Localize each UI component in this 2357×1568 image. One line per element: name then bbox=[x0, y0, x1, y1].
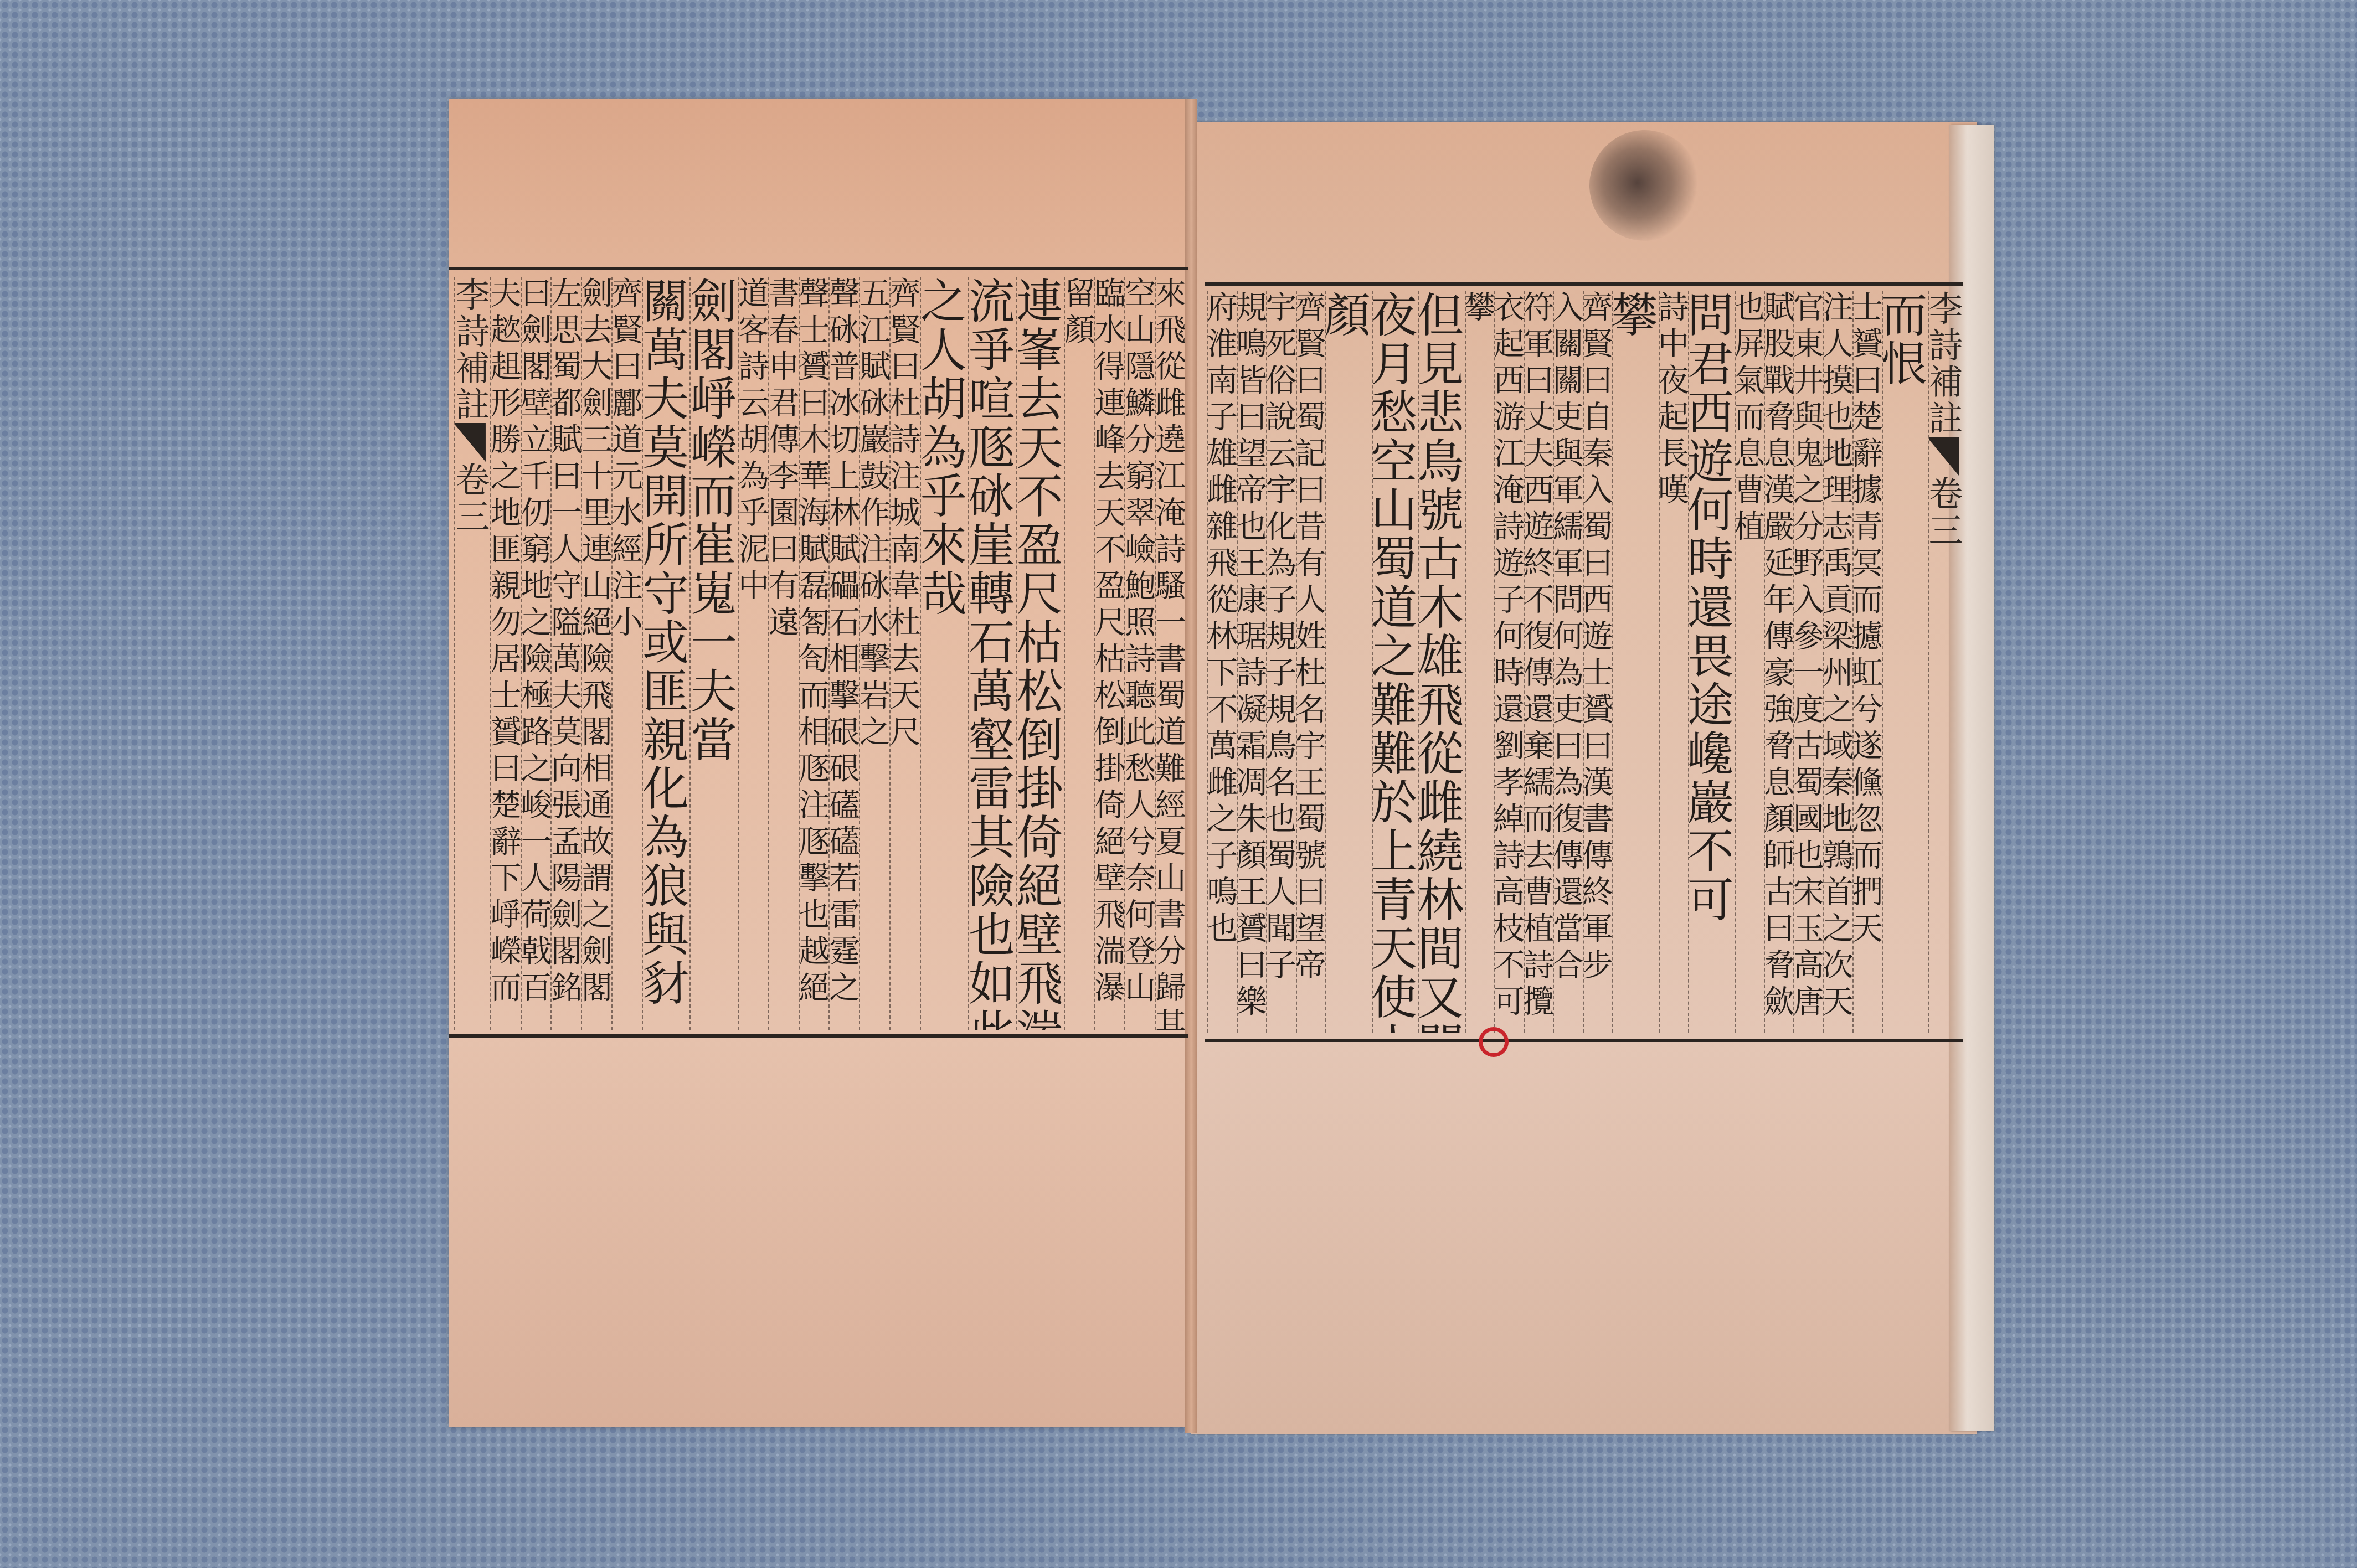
text-column-main: 顏 bbox=[1325, 291, 1372, 1033]
text-column-note: 入關關吏與軍繻軍問何為吏曰為復傳還當合 bbox=[1553, 291, 1582, 1033]
text-column-note: 詩中夜起長嘆 bbox=[1659, 291, 1688, 1033]
left-margin-title: 李詩補註卷三 bbox=[454, 277, 490, 1030]
text-column-note: 留顏 bbox=[1064, 277, 1094, 1030]
margin-title: 李詩補註 bbox=[454, 277, 490, 423]
text-column-main: 攀 bbox=[1612, 291, 1659, 1033]
text-column-main: 流爭喧豗砯崖轉石萬壑雷其險也如此嗟爾遠道 bbox=[968, 277, 1016, 1030]
text-column-note: 夫趑趄形勝之地匪親勿居士贇曰楚辭下崢嶸而 bbox=[490, 277, 521, 1030]
text-column-note: 齊賢曰酈道元水經注小 bbox=[611, 277, 642, 1030]
text-column-note: 齊賢曰蜀記曰昔有人姓杜名宇王蜀號曰望帝 bbox=[1296, 291, 1325, 1033]
fishtail-mark-icon bbox=[454, 423, 486, 462]
text-column-main: 關萬夫莫開所守或匪親化為狼與豺 bbox=[642, 277, 690, 1030]
text-column-note: 曰劍閣壁立千仞窮地之險極路之峻一人荷戟百 bbox=[521, 277, 551, 1030]
text-column-note: 規鳴皆曰望帝也王康琚詩凝霜凋朱顏王贇曰樂 bbox=[1237, 291, 1266, 1033]
text-column-main: 問君西遊何時還畏途巉巖不可 bbox=[1688, 291, 1735, 1033]
text-column-note: 齊賢曰杜詩注城南韋杜去天尺 bbox=[889, 277, 920, 1030]
text-column-note: 官東井與鬼之分野入參一度古蜀國也宋玉高唐 bbox=[1793, 291, 1823, 1033]
text-column-note: 書春申君傳李園曰有遠 bbox=[768, 277, 799, 1030]
margin-volume: 卷三 bbox=[454, 462, 490, 535]
text-column-note: 賦股戰脅息漢嚴延年傳豪強脅息顏師古曰脅歛 bbox=[1764, 291, 1793, 1033]
text-column-note: 臨水得連峰去天不盈尺枯松倒掛倚絕壁飛湍瀑 bbox=[1094, 277, 1125, 1030]
text-column-note: 宇死俗說云宇化為子規子規鳥名也蜀人聞子 bbox=[1266, 291, 1295, 1033]
left-page-columns: 來飛從雌遶江淹詩騷一書蜀道難經夏山書分歸其飛雲 空山隱鱗分窮翠嶮鮑照詩聽此愁人兮… bbox=[454, 277, 1185, 1030]
text-column-main: 但見悲鳥號古木雄飛從雌繞林間又聞子規啼 bbox=[1418, 291, 1465, 1033]
text-column-note: 符軍曰丈夫西遊終不復傳還棄繻而去曹植詩攬 bbox=[1524, 291, 1553, 1033]
text-column-note: 聲砯普冰切上林賦礧石相擊硍硍礚礚若雷霆之 bbox=[828, 277, 859, 1030]
book-photograph: 李詩補註卷三 而恨 士贇曰楚辭據青冥而攄虹兮遂儵忽而捫天 注人摸也地理志禹貢梁州… bbox=[0, 0, 2357, 1568]
text-column-note: 空山隱鱗分窮翠嶮鮑照詩聽此愁人兮奈何登山 bbox=[1124, 277, 1155, 1030]
text-column-note: 五江賦砯巖鼓作注砯水擊岩之 bbox=[859, 277, 889, 1030]
text-column-note: 來飛從雌遶江淹詩騷一書蜀道難經夏山書分歸其飛雲 bbox=[1155, 277, 1185, 1030]
right-page-columns: 李詩補註卷三 而恨 士贇曰楚辭據青冥而攄虹兮遂儵忽而捫天 注人摸也地理志禹貢梁州… bbox=[1207, 291, 1963, 1033]
margin-title: 李詩補註 bbox=[1928, 291, 1963, 437]
text-column-note: 攀 bbox=[1465, 291, 1494, 1033]
text-column-note: 齊賢曰自秦入蜀曰西遊士贇曰漢書傳終軍步 bbox=[1583, 291, 1612, 1033]
text-column-main: 夜月愁空山蜀道之難難於上青天使人聽此凋朱 bbox=[1372, 291, 1418, 1033]
text-column-note: 左思蜀都賦曰一人守隘萬夫莫向張孟陽劍閣銘 bbox=[550, 277, 581, 1030]
text-column-main: 之人胡為乎來哉 bbox=[920, 277, 968, 1030]
text-column-note: 劍去大劍三十里連山絕險飛閣相通故謂之劍閣 bbox=[581, 277, 611, 1030]
red-circle-mark-icon bbox=[1479, 1027, 1509, 1057]
right-margin-title: 李詩補註卷三 bbox=[1928, 291, 1963, 1033]
text-column-main: 而恨 bbox=[1882, 291, 1928, 1033]
text-column-note: 府淮南子雄雌雜飛從林下不萬雌之子鳴也 bbox=[1207, 291, 1237, 1033]
text-column-note: 也屏氣而息曹植 bbox=[1735, 291, 1764, 1033]
text-column-main: 連峯去天不盈尺枯松倒掛倚絕壁飛湍瀑 bbox=[1016, 277, 1064, 1030]
fishtail-mark-icon bbox=[1928, 437, 1959, 476]
text-column-note: 聲士贇曰木華海賦磊匒匌而相豗注豗擊也越絕 bbox=[799, 277, 829, 1030]
text-column-note: 道客詩云胡為乎泥中 bbox=[738, 277, 768, 1030]
text-column-note: 士贇曰楚辭據青冥而攄虹兮遂儵忽而捫天 bbox=[1852, 291, 1882, 1033]
text-column-main: 劍閣崢嶸而崔嵬一夫當 bbox=[689, 277, 738, 1030]
text-column-note: 衣起西游江淹詩遊子何時還劉孝綽詩高枝不可 bbox=[1494, 291, 1524, 1033]
text-column-note: 注人摸也地理志禹貢梁州之域秦地鶉首之次天 bbox=[1823, 291, 1852, 1033]
margin-volume: 卷三 bbox=[1928, 476, 1963, 549]
